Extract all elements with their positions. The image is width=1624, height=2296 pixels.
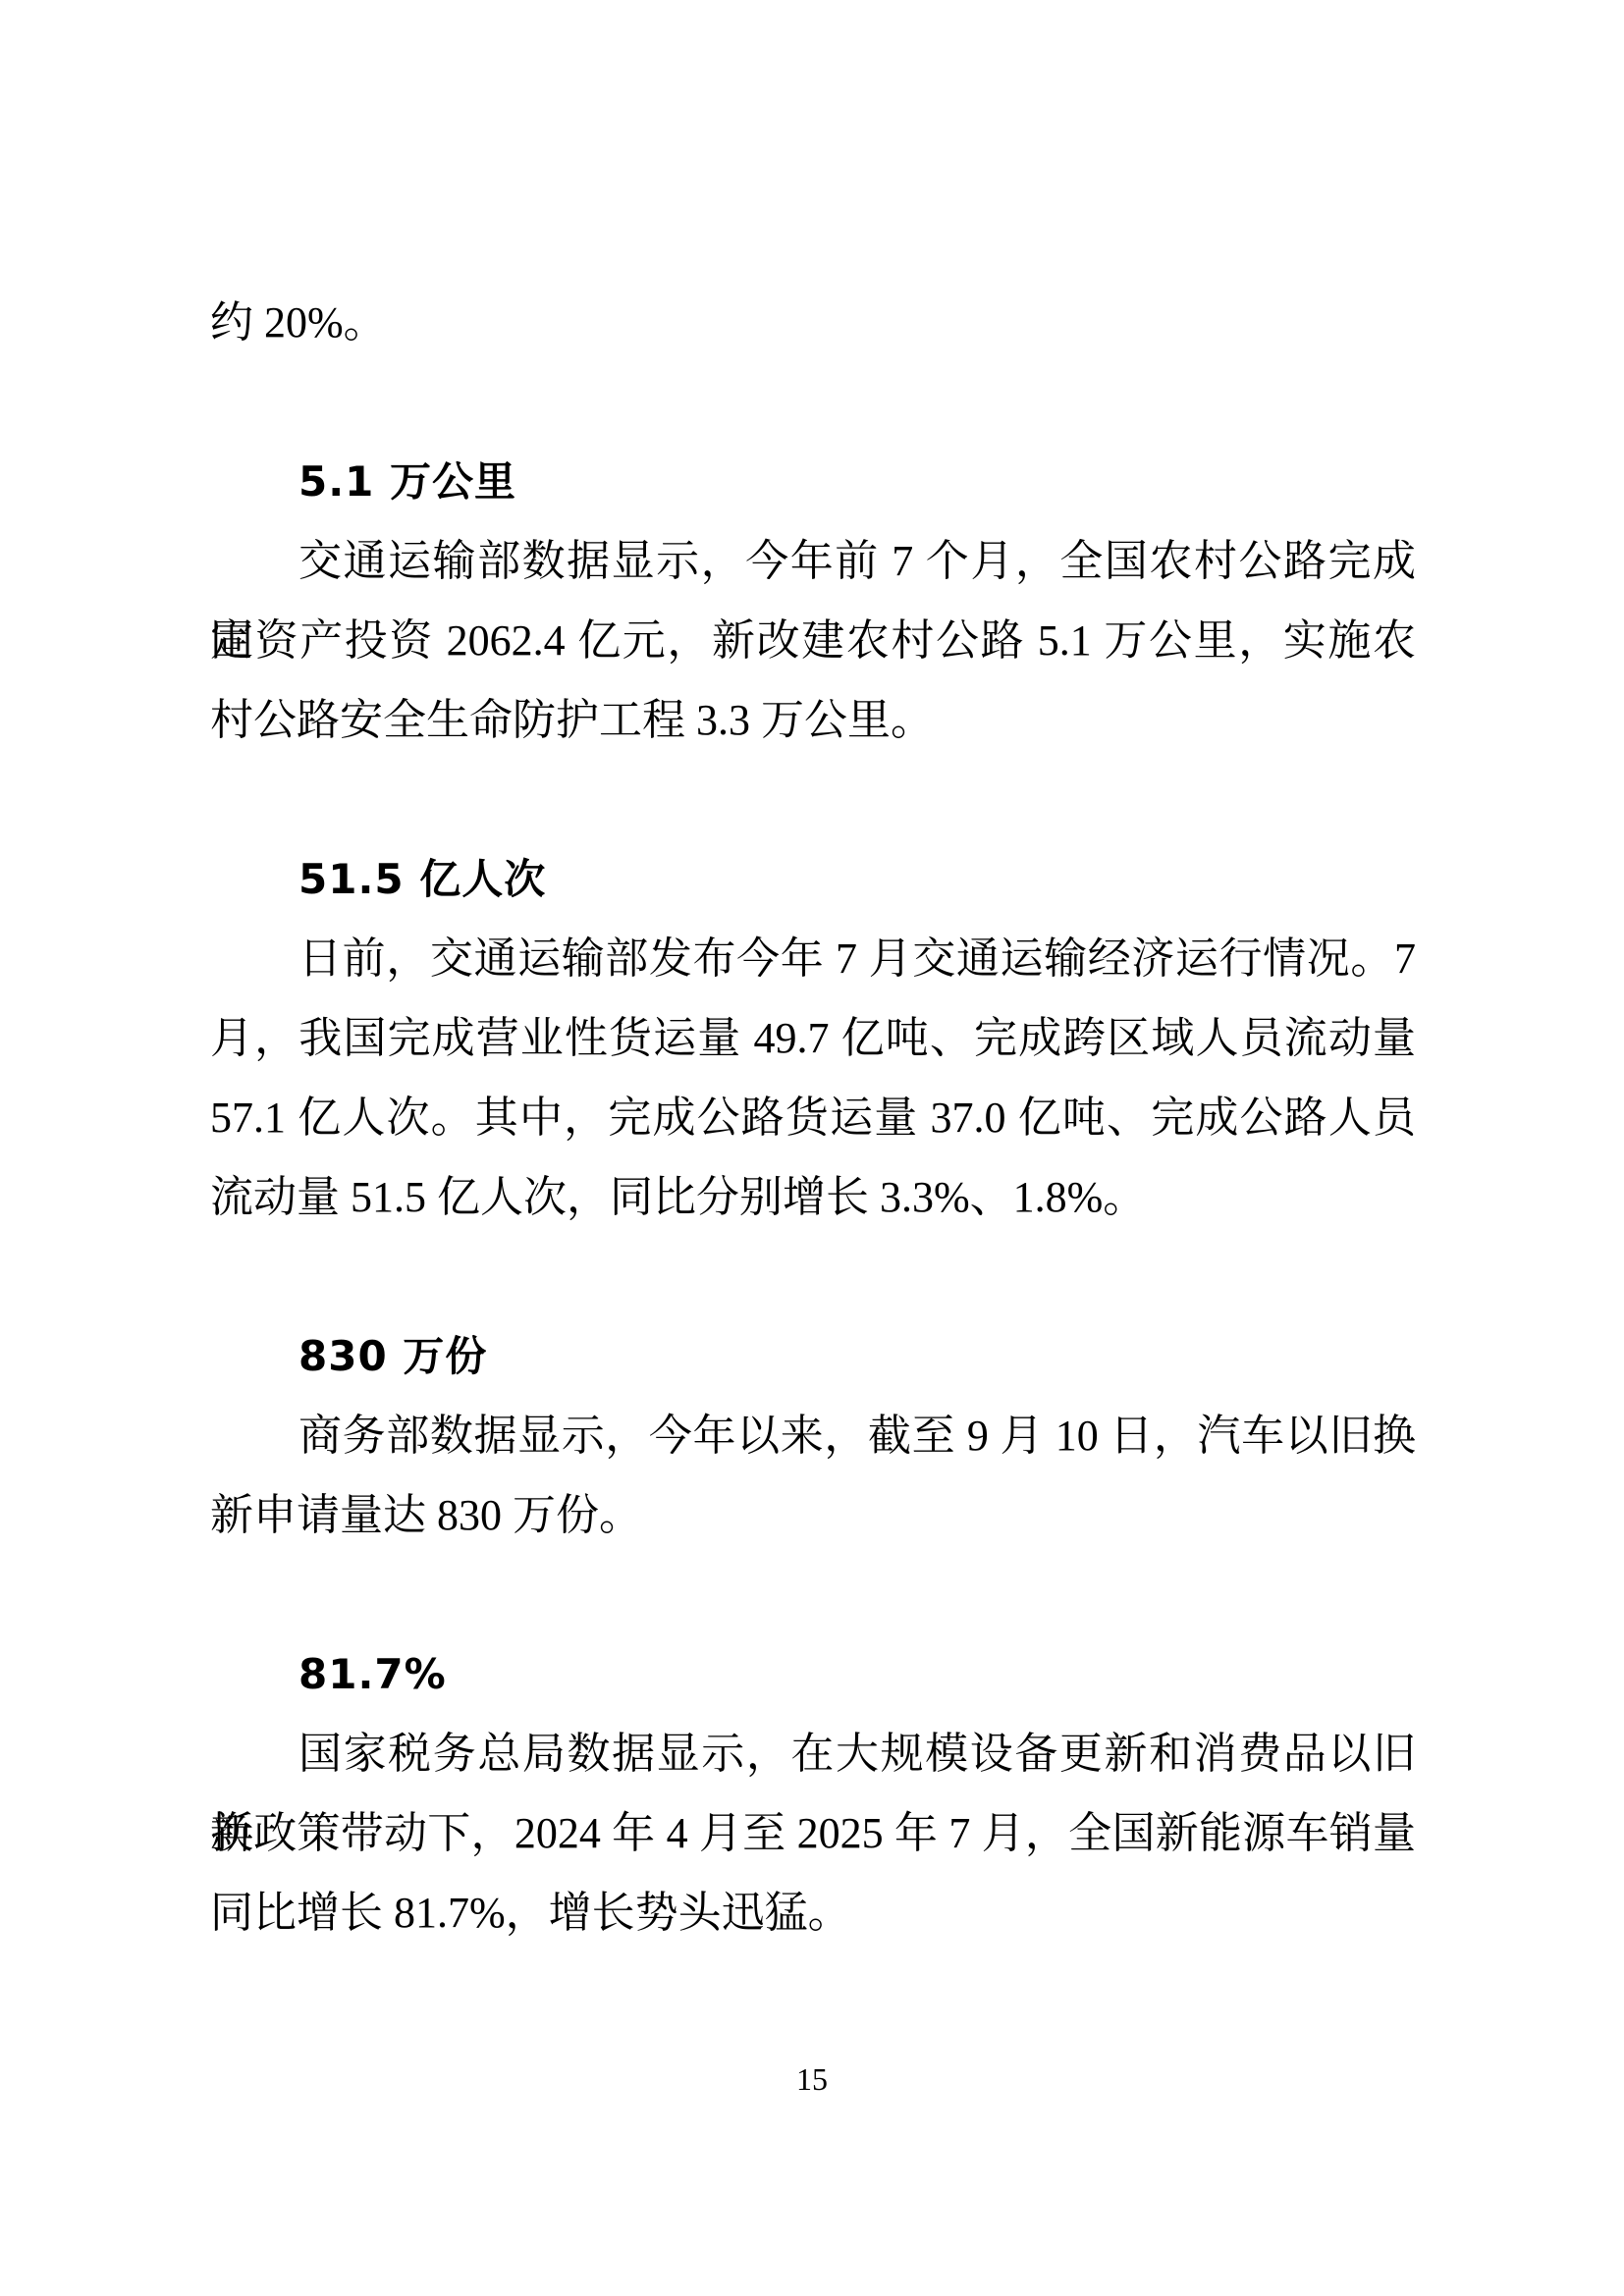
body-text-line: 新政策带动下，2024 年 4 月至 2025 年 7 月，全国新能源车销量 (210, 1793, 1416, 1873)
section-heading: 51.5 亿人次 (210, 839, 1416, 919)
section-heading: 830 万份 (210, 1316, 1416, 1396)
section-heading: 81.7% (210, 1634, 1416, 1714)
blank-line (210, 1555, 1416, 1634)
document-page: 约 20%。5.1 万公里交通运输部数据显示，今年前 7 个月，全国农村公路完成… (0, 0, 1624, 2296)
blank-line (210, 1237, 1416, 1316)
body-text-line: 村公路安全生命防护工程 3.3 万公里。 (210, 680, 1416, 760)
body-text-line: 日前，交通运输部发布今年 7 月交通运输经济运行情况。7 (210, 919, 1416, 998)
body-text-line: 商务部数据显示，今年以来，截至 9 月 10 日，汽车以旧换 (210, 1396, 1416, 1475)
body-text-line: 流动量 51.5 亿人次，同比分别增长 3.3%、1.8%。 (210, 1157, 1416, 1237)
page-number: 15 (0, 2059, 1624, 2099)
document-body: 约 20%。5.1 万公里交通运输部数据显示，今年前 7 个月，全国农村公路完成… (210, 283, 1416, 1952)
body-text-line: 交通运输部数据显示，今年前 7 个月，全国农村公路完成固 (210, 521, 1416, 601)
body-text-line: 定资产投资 2062.4 亿元，新改建农村公路 5.1 万公里，实施农 (210, 601, 1416, 680)
paragraph-continuation-line: 约 20%。 (210, 283, 1416, 362)
body-text-line: 月，我国完成营业性货运量 49.7 亿吨、完成跨区域人员流动量 (210, 998, 1416, 1078)
body-text-line: 57.1 亿人次。其中，完成公路货运量 37.0 亿吨、完成公路人员 (210, 1078, 1416, 1157)
body-text-line: 国家税务总局数据显示，在大规模设备更新和消费品以旧换 (210, 1714, 1416, 1793)
section-heading: 5.1 万公里 (210, 442, 1416, 521)
blank-line (210, 362, 1416, 442)
blank-line (210, 760, 1416, 839)
body-text-line: 同比增长 81.7%，增长势头迅猛。 (210, 1873, 1416, 1952)
body-text-line: 新申请量达 830 万份。 (210, 1475, 1416, 1555)
